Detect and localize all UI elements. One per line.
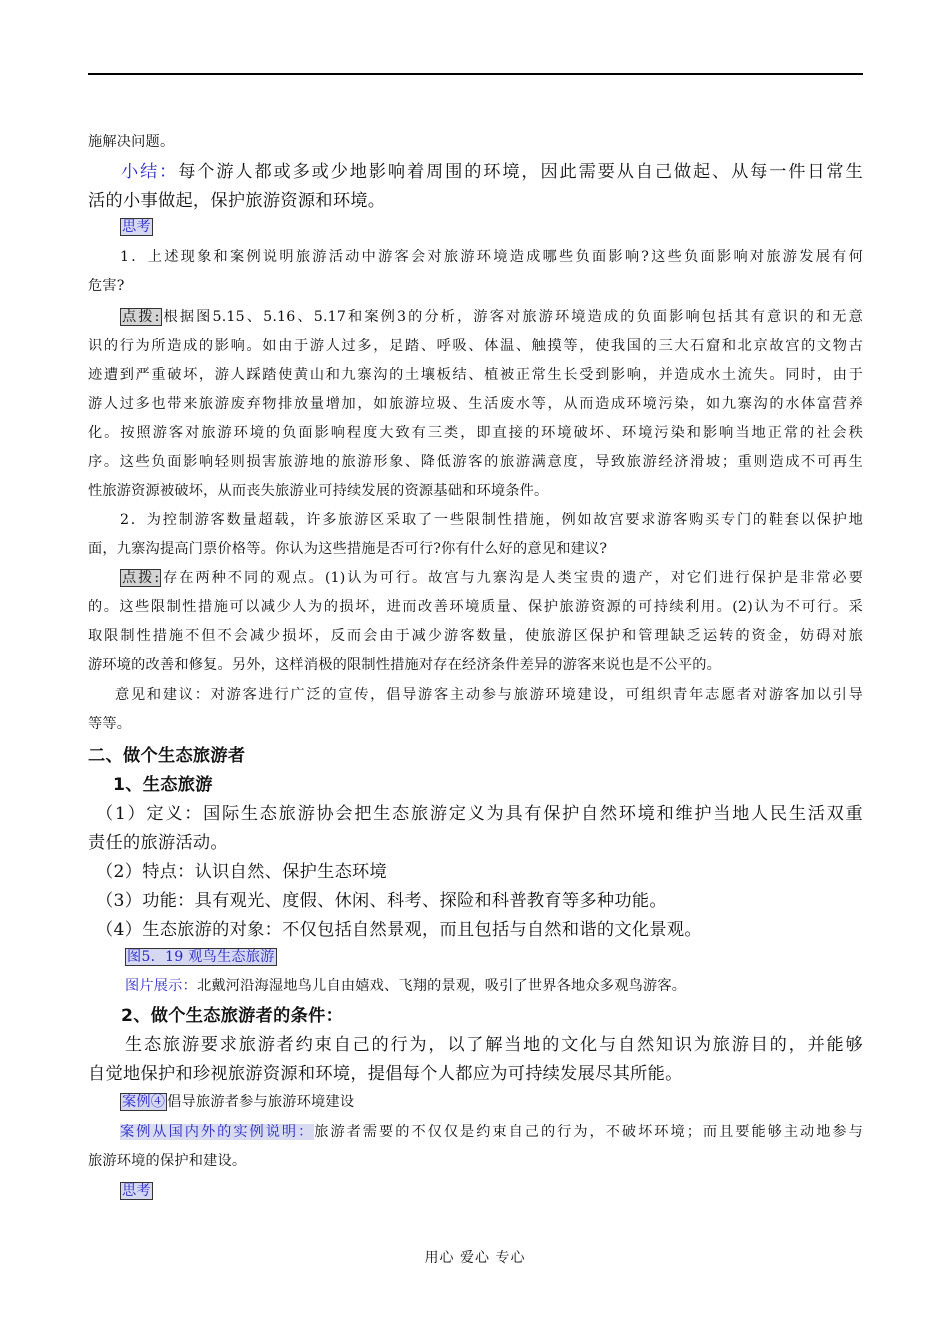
hint-1-paragraph: 点拨:根据图5.15、5.16、5.17和案例3的分析，游客对旅游环境造成的负面… [88,306,863,326]
picture-label: 图片展示： [125,978,197,994]
figure-label: 图5．19 观鸟生态旅游 [125,948,277,966]
think-label: 思考 [120,218,153,236]
paragraph-line: 的。这些限制性措施可以减少人为的损坏，进而改善环境质量、保护旅游资源的可持续利用… [88,596,863,616]
picture-text: 北戴河沿海湿地鸟儿自由嬉戏、飞翔的景观，吸引了世界各地众多观鸟游客。 [197,978,686,994]
question-1: 1．上述现象和案例说明旅游活动中游客会对旅游环境造成哪些负面影响?这些负面影响对… [88,246,863,266]
case-label: 案例④ [120,1093,167,1111]
definition-line: （1）定义：国际生态旅游协会把生态旅游定义为具有保护自然环境和维护当地人民生活双… [88,799,863,824]
subsection-heading: 1、生态旅游 [88,770,888,795]
hint-label: 点拨: [120,308,162,326]
section-heading: 二、做个生态旅游者 [88,741,863,766]
think-section: 思考 [88,216,895,236]
question-2-cont: 面，九寨沟提高门票价格等。你认为这些措施是否可行?你有什么好的意见和建议? [88,538,863,558]
paragraph-line: 迹遭到严重破坏，游人踩踏使黄山和九寨沟的土壤板结、植被正常生长受到影响，并造成水… [88,364,863,384]
case-explanation-text: 旅游者需要的不仅仅是约束自己的行为，不破坏环境；而且要能够主动地参与 [314,1124,863,1140]
paragraph-line: 游人过多也带来旅游废弃物排放量增加，如旅游垃圾、生活废水等，从而造成环境污染，如… [88,393,863,413]
case-title: 倡导旅游者参与旅游环境建设 [167,1094,354,1110]
case-4: 案例④倡导旅游者参与旅游环境建设 [88,1091,895,1111]
paragraph-line: 序。这些负面影响轻则损害旅游地的旅游形象、降低游客的旅游满意度，导致旅游经济滑坡… [88,451,863,471]
header-rule [88,73,863,75]
paragraph-line: 游环境的改善和修复。另外，这样消极的限制性措施对存在经济条件差异的游客来说也是不… [88,654,863,674]
figure-caption: 图5．19 观鸟生态旅游 [88,946,900,966]
paragraph-line: 性旅游资源被破坏，从而丧失旅游业可持续发展的资源基础和环境条件。 [88,480,863,500]
paragraph-line: 责任的旅游活动。 [88,828,863,853]
function-line: （3）功能：具有观光、度假、休闲、科考、探险和科普教育等多种功能。 [88,886,871,911]
subsection-heading: 2、做个生态旅游者的条件： [88,1001,896,1026]
question-2: 2．为控制游客数量超载，许多旅游区采取了一些限制性措施，例如故宫要求游客购买专门… [88,509,863,529]
hint-label: 点拨: [120,569,161,587]
paragraph-line: 自觉地保护和珍视旅游资源和环境，提倡每个人都应为可持续发展尽其所能。 [88,1059,863,1084]
paragraph-line: 化。按照游客对旅游环境的负面影响程度大致有三类，即直接的环境破坏、环境污染和影响… [88,422,863,442]
think-label: 思考 [120,1182,153,1200]
paragraph-line: 旅游环境的保护和建设。 [88,1150,863,1170]
feature-line: （2）特点：认识自然、保护生态环境 [88,857,871,882]
paragraph-line: 识的行为所造成的影响。如由于游人过多，足踏、呼吸、体温、触摸等，使我国的三大石窟… [88,335,863,355]
suggestion-paragraph: 意见和建议：对游客进行广泛的宣传，倡导游客主动参与旅游环境建设，可组织青年志愿者… [88,684,863,704]
paragraph-line: 活的小事做起，保护旅游资源和环境。 [88,186,863,211]
paragraph-line: 等等。 [88,713,863,733]
paragraph-line: 施解决问题。 [88,131,863,151]
condition-paragraph: 生态旅游要求旅游者约束自己的行为，以了解当地的文化与自然知识为旅游目的，并能够 [88,1030,863,1055]
picture-display: 图片展示：北戴河沿海湿地鸟儿自由嬉戏、飞翔的景观，吸引了世界各地众多观鸟游客。 [88,975,900,995]
hint-text: 根据图5.15、5.16、5.17和案例3的分析，游客对旅游环境造成的负面影响包… [162,309,863,325]
think-section: 思考 [88,1180,895,1200]
question-1-cont: 危害? [88,275,863,295]
paragraph-line: 取限制性措施不但不会减少损坏，反而会由于减少游客数量，使旅游区保护和管理缺乏运转… [88,625,863,645]
summary-text: 每个游人都或多或少地影响着周围的环境，因此需要从自己做起、从每一件日常生 [178,162,863,182]
case-explanation: 案例从国内外的实例说明：旅游者需要的不仅仅是约束自己的行为，不破坏环境；而且要能… [88,1121,863,1141]
summary-label: 小结： [121,162,178,182]
case-explanation-label: 案例从国内外的实例说明： [120,1124,314,1140]
summary-paragraph: 小结：每个游人都或多或少地影响着周围的环境，因此需要从自己做起、从每一件日常生 [88,157,863,182]
hint-text: 存在两种不同的观点。(1)认为可行。故宫与九寨沟是人类宝贵的遗产，对它们进行保护… [161,570,863,586]
object-line: （4）生态旅游的对象：不仅包括自然景观，而且包括与自然和谐的文化景观。 [88,915,871,940]
page-footer: 用心 爱心 专心 [0,1247,950,1267]
hint-2-paragraph: 点拨:存在两种不同的观点。(1)认为可行。故宫与九寨沟是人类宝贵的遗产，对它们进… [88,567,863,587]
